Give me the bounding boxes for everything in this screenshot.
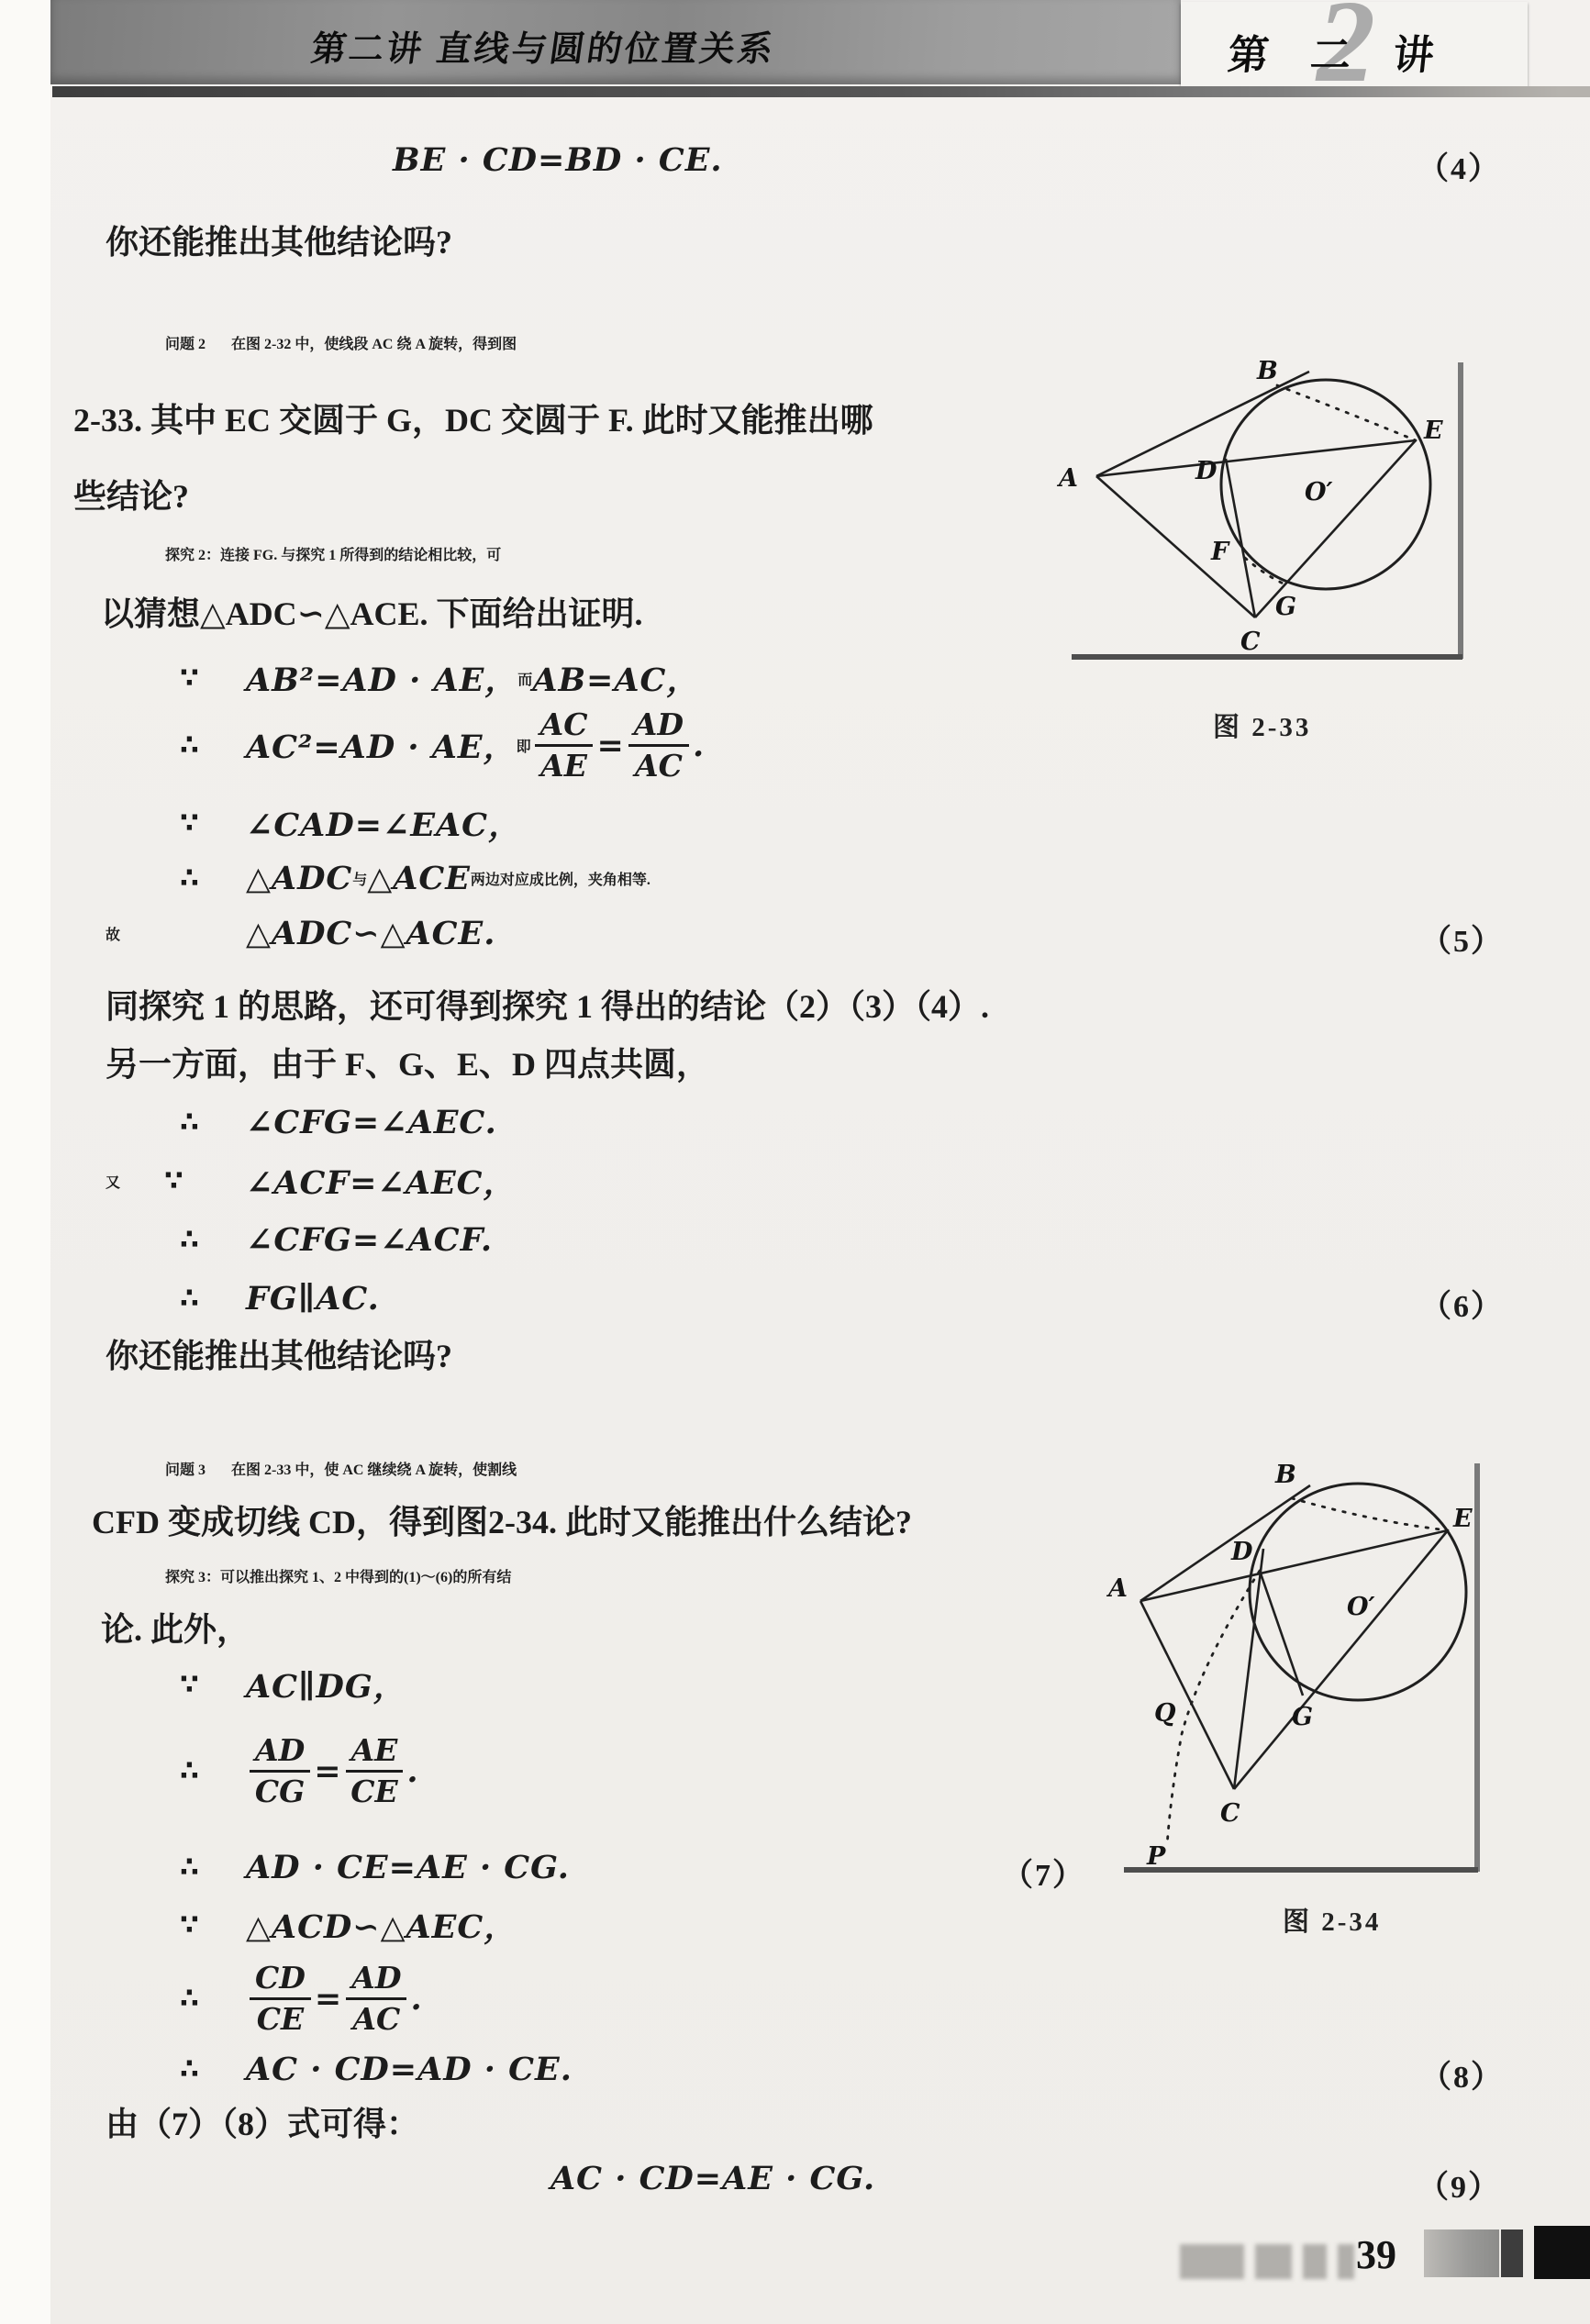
proof-row-fraction-2: ∴ CD CE = AD AC . (180, 1951, 423, 2046)
scan-left-margin (0, 0, 50, 2324)
circle-O (1250, 1484, 1466, 1700)
question-more-1: 你还能推出其他结论吗? (106, 222, 452, 262)
figure-2-34-caption: 图 2-34 (1283, 1901, 1381, 1939)
point-label-C: C (1240, 628, 1261, 656)
point-label-A: A (1056, 464, 1078, 493)
proof-row-ab2: ∵ AB²=AD · AE， 而 AB=AC， (180, 658, 699, 698)
fraction: AE CE (346, 1733, 404, 1809)
equation-6-number: （6） (1420, 1281, 1504, 1326)
dotted-chord-BE (1292, 1498, 1448, 1530)
proof-row-conclusion-5: 故 △ADC∽△ACE. (106, 913, 495, 953)
equation-4-number: （4） (1418, 143, 1501, 188)
proof-row-cfg-acf: ∴ ∠CFG=∠ACF. (180, 1219, 493, 1260)
footer-grey-bar (1424, 2229, 1499, 2277)
paragraph-ling: 另一方面，由于 F、G、E、D 四点共圆， (106, 1044, 709, 1084)
question-more-2: 你还能推出其他结论吗? (106, 1336, 452, 1376)
point-label-G: G (1275, 593, 1296, 621)
point-label-D: D (1195, 457, 1218, 485)
secant-ADE (1096, 440, 1416, 476)
point-label-E: E (1452, 1505, 1473, 1533)
inquiry-2-line-1: 探究 2： 连接 FG. 与探究 1 所得到的结论相比较，可 (165, 533, 501, 573)
problem-3-line-2: CFD 变成切线 CD，得到图2-34. 此时又能推出什么结论? (92, 1502, 912, 1542)
fraction: AD AC (346, 1961, 406, 2037)
proof-row-adce: ∴ AD · CE=AE · CG. (180, 1847, 570, 1887)
because-symbol: ∵ (180, 807, 246, 840)
tangent-AB (1140, 1485, 1310, 1601)
inquiry-3-line-1: 探究 3： 可以推出探究 1、2 中得到的(1)～(6)的所有结 (165, 1555, 511, 1596)
header-rule (52, 86, 1590, 97)
therefore-symbol: ∴ (180, 1224, 246, 1256)
you-lead: 又 (106, 1171, 164, 1192)
proof-row-similar-sides: ∴ △ADC 与 △ACE 两边对应成比例，夹角相等. (180, 858, 650, 898)
proof-row-cfg-aec: ∴ ∠CFG=∠AEC. (180, 1102, 497, 1142)
point-label-P: P (1146, 1842, 1166, 1871)
therefore-symbol: ∴ (180, 862, 246, 895)
blurred-stamp-marks (1180, 2244, 1354, 2279)
inquiry-3-line-2: 论. 此外， (101, 1609, 250, 1650)
therefore-symbol: ∴ (180, 1851, 246, 1884)
secant-CGE (1234, 1530, 1448, 1789)
chapter-header-band: 第二讲 直线与圆的位置关系 (50, 0, 1181, 84)
center-label-O: O′ (1347, 1593, 1375, 1621)
center-label-O: O′ (1305, 478, 1333, 506)
equation-4: BE · CD=BD · CE. (393, 140, 723, 181)
point-label-C: C (1220, 1799, 1240, 1828)
equation-5-number: （5） (1420, 916, 1504, 961)
therefore-symbol: ∴ (180, 729, 246, 762)
point-label-B: B (1256, 357, 1278, 385)
dashed-line-DQP (1167, 1571, 1260, 1846)
point-label-Q: Q (1154, 1699, 1176, 1728)
proof-row-accd: ∴ AC · CD=AD · CE. (180, 2049, 573, 2089)
problem-2-line-1: 问题 2 在图 2-32 中，使线段 AC 绕 A 旋转，得到图 (165, 322, 517, 362)
footer-black-bar (1534, 2226, 1590, 2279)
proof-row-fraction-1: ∴ AD CG = AE CE . (180, 1723, 419, 1818)
chapter-badge: 2 第二讲 (1181, 2, 1528, 88)
point-label-A: A (1106, 1574, 1128, 1603)
page-number: 39 (1356, 2231, 1396, 2278)
because-symbol: ∵ (180, 662, 246, 695)
proof-row-cad: ∵ ∠CAD=∠EAC， (180, 803, 521, 843)
because-symbol: ∵ (180, 1909, 246, 1941)
figure-2-33-caption: 图 2-33 (1213, 706, 1311, 744)
fraction: AC AE (535, 707, 594, 784)
problem-2-line-3: 些结论? (73, 476, 189, 517)
inquiry-2-line-2: 以猜想△ADC∽△ACE. 下面给出证明. (101, 594, 643, 634)
figure-2-34: B E D A O′ Q G C P (1055, 1431, 1495, 1881)
problem-2-line-2: 2-33. 其中 EC 交圆于 G，DC 交圆于 F. 此时又能推出哪 (73, 400, 873, 440)
figure-2-33: A B D E O′ F G C (1046, 229, 1479, 670)
secant-ADE (1140, 1530, 1448, 1601)
chapter-title: 第二讲 直线与圆的位置关系 (308, 20, 779, 71)
stamp-block (1303, 2244, 1327, 2279)
fraction: CD CE (250, 1961, 311, 2037)
because-symbol: ∵ (164, 1165, 246, 1197)
therefore-symbol: ∴ (180, 1983, 246, 2015)
stamp-block (1338, 2244, 1354, 2279)
point-label-E: E (1423, 417, 1443, 445)
proof-row-fg-parallel: ∴ FG∥AC. (180, 1278, 380, 1318)
chapter-badge-label: 第二讲 (1226, 22, 1480, 81)
problem-3-line-1: 问题 3 在图 2-33 中，使 AC 继续绕 A 旋转，使割线 (165, 1448, 517, 1488)
because-symbol: ∵ (180, 1669, 246, 1701)
proof-row-ac2: ∴ AC²=AD · AE， 即 AC AE = AD AC . (180, 697, 705, 793)
fraction: AD CG (250, 1733, 310, 1809)
dotted-chord-BE (1277, 385, 1416, 440)
inquiry-3-lead: 探究 3： (165, 1565, 220, 1586)
secant-CGE (1255, 440, 1416, 617)
gu-lead: 故 (106, 923, 246, 944)
inquiry-2-lead: 探究 2： (165, 543, 220, 564)
chord-DG (1260, 1571, 1303, 1696)
equation-9: AC · CD=AE · CG. (550, 2159, 875, 2199)
paragraph-tong: 同探究 1 的思路，还可得到探究 1 得出的结论（2）（3）（4）. (106, 986, 989, 1027)
footer-dark-bar (1501, 2229, 1523, 2277)
therefore-symbol: ∴ (180, 1106, 246, 1139)
proof-row-ac-dg: ∵ AC∥DG， (180, 1664, 406, 1705)
problem-2-lead: 问题 2 (165, 332, 206, 353)
therefore-symbol: ∴ (180, 2053, 246, 2085)
proof-row-acf-aec: 又 ∵ ∠ACF=∠AEC， (106, 1161, 517, 1201)
stamp-block (1180, 2244, 1244, 2279)
therefore-symbol: ∴ (180, 1283, 246, 1315)
point-label-B: B (1274, 1461, 1296, 1489)
equation-9-number: （9） (1418, 2162, 1501, 2207)
segment-AC (1140, 1601, 1234, 1789)
problem-3-lead: 问题 3 (165, 1458, 206, 1479)
segment-AC (1096, 476, 1255, 617)
point-label-F: F (1210, 538, 1230, 566)
paragraph-from-7-8: 由（7）（8）式可得： (106, 2104, 419, 2144)
stamp-block (1255, 2244, 1292, 2279)
fraction: AD AC (628, 707, 689, 784)
scanned-textbook-page: { "header": { "title": "第二讲 直线与圆的位置关系", … (0, 0, 1590, 2324)
proof-row-acd-aec: ∵ △ACD∽△AEC， (180, 1905, 517, 1945)
therefore-symbol: ∴ (180, 1755, 246, 1787)
equation-8-number: （8） (1420, 2052, 1504, 2096)
point-label-G: G (1292, 1703, 1313, 1731)
point-label-D: D (1230, 1538, 1253, 1566)
